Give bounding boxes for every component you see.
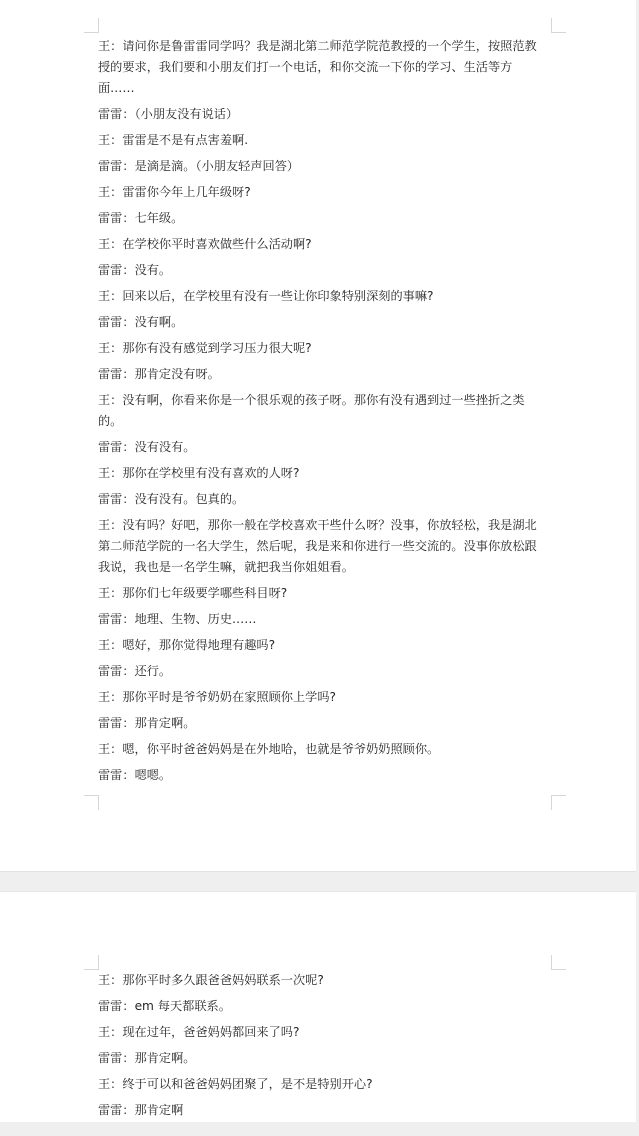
dialogue-paragraph: 王：回来以后，在学校里有没有一些让你印象特别深刻的事嘛? <box>98 286 548 307</box>
speaker-label: 王： <box>98 586 122 600</box>
margin-corner-top-right <box>551 955 566 970</box>
dialogue-paragraph: 雷雷：（小朋友没有说话） <box>98 104 548 125</box>
speaker-label: 王： <box>98 133 122 147</box>
dialogue-text: 那你有没有感觉到学习压力很大呢? <box>122 341 311 355</box>
dialogue-paragraph: 王：那你平时是爷爷奶奶在家照顾你上学吗? <box>98 687 548 708</box>
dialogue-paragraph: 王：在学校你平时喜欢做些什么活动啊? <box>98 234 548 255</box>
speaker-label: 雷雷： <box>98 211 135 225</box>
document-page-1: 王：请问你是鲁雷雷同学吗？我是湖北第二师范学院范教授的一个学生，按照范教授的要求… <box>0 0 636 872</box>
dialogue-text: 那你平时多久跟爸爸妈妈联系一次呢? <box>122 973 323 987</box>
speaker-label: 王： <box>98 690 122 704</box>
dialogue-text: 那肯定啊。 <box>135 716 196 730</box>
dialogue-text: 没有没有。包真的。 <box>135 492 245 506</box>
dialogue-text: 在学校你平时喜欢做些什么活动啊? <box>122 237 311 251</box>
speaker-label: 王： <box>98 341 122 355</box>
dialogue-text: em 每天都联系。 <box>135 999 231 1013</box>
dialogue-text: 没有啊，你看来你是一个很乐观的孩子呀。那你有没有遇到过一些挫折之类的。 <box>98 393 525 428</box>
dialogue-paragraph: 王：雷雷是不是有点害羞啊. <box>98 130 548 151</box>
dialogue-text: （小朋友没有说话） <box>135 107 239 121</box>
dialogue-text: 那你们七年级要学哪些科目呀? <box>122 586 287 600</box>
speaker-label: 王： <box>98 39 122 53</box>
margin-corner-top-right <box>551 18 566 33</box>
dialogue-paragraph: 王：那你在学校里有没有喜欢的人呀? <box>98 463 548 484</box>
speaker-label: 雷雷： <box>98 315 135 329</box>
speaker-label: 王： <box>98 393 122 407</box>
speaker-label: 雷雷： <box>98 768 135 782</box>
speaker-label: 雷雷： <box>98 612 135 626</box>
dialogue-text: 没有啊。 <box>135 315 184 329</box>
speaker-label: 王： <box>98 1025 122 1039</box>
dialogue-text: 地理、生物、历史…… <box>135 612 257 626</box>
dialogue-paragraph: 雷雷：还行。 <box>98 661 548 682</box>
speaker-label: 雷雷： <box>98 367 135 381</box>
dialogue-paragraph: 雷雷：那肯定啊。 <box>98 713 548 734</box>
speaker-label: 王： <box>98 289 122 303</box>
dialogue-paragraph: 王：没有吗？好吧，那你一般在学校喜欢干些什么呀？没事，你放轻松，我是湖北第二师范… <box>98 515 548 578</box>
dialogue-paragraph: 雷雷：嗯嗯。 <box>98 765 548 786</box>
dialogue-paragraph: 王：那你平时多久跟爸爸妈妈联系一次呢? <box>98 970 548 991</box>
speaker-label: 雷雷： <box>98 999 135 1013</box>
speaker-label: 雷雷： <box>98 159 135 173</box>
dialogue-text: 终于可以和爸爸妈妈团聚了，是不是特别开心? <box>122 1077 372 1091</box>
dialogue-paragraph: 雷雷：没有没有。 <box>98 437 548 458</box>
page-2-body[interactable]: 王：那你平时多久跟爸爸妈妈联系一次呢? 雷雷：em 每天都联系。 王：现在过年，… <box>98 970 548 1126</box>
speaker-label: 王： <box>98 1077 122 1091</box>
dialogue-text: 雷雷你今年上几年级呀? <box>122 185 250 199</box>
speaker-label: 雷雷： <box>98 107 135 121</box>
dialogue-paragraph: 雷雷：那肯定啊 <box>98 1100 548 1121</box>
dialogue-text: 还行。 <box>135 664 172 678</box>
dialogue-paragraph: 雷雷：没有啊。 <box>98 312 548 333</box>
dialogue-text: 七年级。 <box>135 211 184 225</box>
dialogue-paragraph: 雷雷：那肯定没有呀。 <box>98 364 548 385</box>
speaker-label: 雷雷： <box>98 492 135 506</box>
dialogue-paragraph: 王：请问你是鲁雷雷同学吗？我是湖北第二师范学院范教授的一个学生，按照范教授的要求… <box>98 36 548 99</box>
dialogue-text: 嗯嗯。 <box>135 768 172 782</box>
dialogue-paragraph: 王：那你们七年级要学哪些科目呀? <box>98 583 548 604</box>
dialogue-text: 那肯定啊。 <box>135 1051 196 1065</box>
dialogue-paragraph: 雷雷：没有没有。包真的。 <box>98 489 548 510</box>
speaker-label: 王： <box>98 237 122 251</box>
dialogue-text: 是滴是滴。（小朋友轻声回答） <box>135 159 300 173</box>
dialogue-paragraph: 王：现在过年，爸爸妈妈都回来了吗? <box>98 1022 548 1043</box>
dialogue-text: 没有没有。 <box>135 440 196 454</box>
dialogue-text: 请问你是鲁雷雷同学吗？我是湖北第二师范学院范教授的一个学生，按照范教授的要求，我… <box>98 39 537 95</box>
dialogue-text: 那你平时是爷爷奶奶在家照顾你上学吗? <box>122 690 336 704</box>
dialogue-text: 现在过年，爸爸妈妈都回来了吗? <box>122 1025 299 1039</box>
speaker-label: 雷雷： <box>98 1103 135 1117</box>
dialogue-text: 没有。 <box>135 263 172 277</box>
dialogue-paragraph: 雷雷：没有。 <box>98 260 548 281</box>
dialogue-text: 那肯定没有呀。 <box>135 367 220 381</box>
dialogue-text: 没有吗？好吧，那你一般在学校喜欢干些什么呀？没事，你放轻松，我是湖北第二师范学院… <box>98 518 537 574</box>
margin-corner-bottom-left <box>84 795 99 810</box>
viewport-bottom-edge <box>0 1122 639 1136</box>
margin-corner-bottom-right <box>551 795 566 810</box>
dialogue-text: 回来以后，在学校里有没有一些让你印象特别深刻的事嘛? <box>122 289 433 303</box>
document-page-2: 王：那你平时多久跟爸爸妈妈联系一次呢? 雷雷：em 每天都联系。 王：现在过年，… <box>0 891 636 1136</box>
dialogue-text: 嗯，你平时爸爸妈妈是在外地哈，也就是爷爷奶奶照顾你。 <box>122 742 439 756</box>
speaker-label: 王： <box>98 742 122 756</box>
speaker-label: 王： <box>98 466 122 480</box>
dialogue-paragraph: 王：嗯好，那你觉得地理有趣吗? <box>98 635 548 656</box>
dialogue-paragraph: 王：嗯，你平时爸爸妈妈是在外地哈，也就是爷爷奶奶照顾你。 <box>98 739 548 760</box>
speaker-label: 王： <box>98 518 122 532</box>
dialogue-paragraph: 雷雷：七年级。 <box>98 208 548 229</box>
dialogue-paragraph: 王：终于可以和爸爸妈妈团聚了，是不是特别开心? <box>98 1074 548 1095</box>
speaker-label: 雷雷： <box>98 716 135 730</box>
page-1-body[interactable]: 王：请问你是鲁雷雷同学吗？我是湖北第二师范学院范教授的一个学生，按照范教授的要求… <box>98 36 548 791</box>
dialogue-text: 嗯好，那你觉得地理有趣吗? <box>122 638 275 652</box>
speaker-label: 王： <box>98 185 122 199</box>
speaker-label: 雷雷： <box>98 440 135 454</box>
dialogue-paragraph: 雷雷：是滴是滴。（小朋友轻声回答） <box>98 156 548 177</box>
dialogue-text: 那你在学校里有没有喜欢的人呀? <box>122 466 299 480</box>
dialogue-paragraph: 雷雷：em 每天都联系。 <box>98 996 548 1017</box>
speaker-label: 雷雷： <box>98 263 135 277</box>
dialogue-text: 雷雷是不是有点害羞啊. <box>122 133 248 147</box>
dialogue-paragraph: 雷雷：地理、生物、历史…… <box>98 609 548 630</box>
dialogue-paragraph: 雷雷：那肯定啊。 <box>98 1048 548 1069</box>
margin-corner-top-left <box>84 18 99 33</box>
dialogue-text: 那肯定啊 <box>135 1103 184 1117</box>
speaker-label: 王： <box>98 973 122 987</box>
dialogue-paragraph: 王：那你有没有感觉到学习压力很大呢? <box>98 338 548 359</box>
dialogue-paragraph: 王：没有啊，你看来你是一个很乐观的孩子呀。那你有没有遇到过一些挫折之类的。 <box>98 390 548 432</box>
speaker-label: 雷雷： <box>98 664 135 678</box>
speaker-label: 王： <box>98 638 122 652</box>
dialogue-paragraph: 王：雷雷你今年上几年级呀? <box>98 182 548 203</box>
margin-corner-top-left <box>84 955 99 970</box>
speaker-label: 雷雷： <box>98 1051 135 1065</box>
